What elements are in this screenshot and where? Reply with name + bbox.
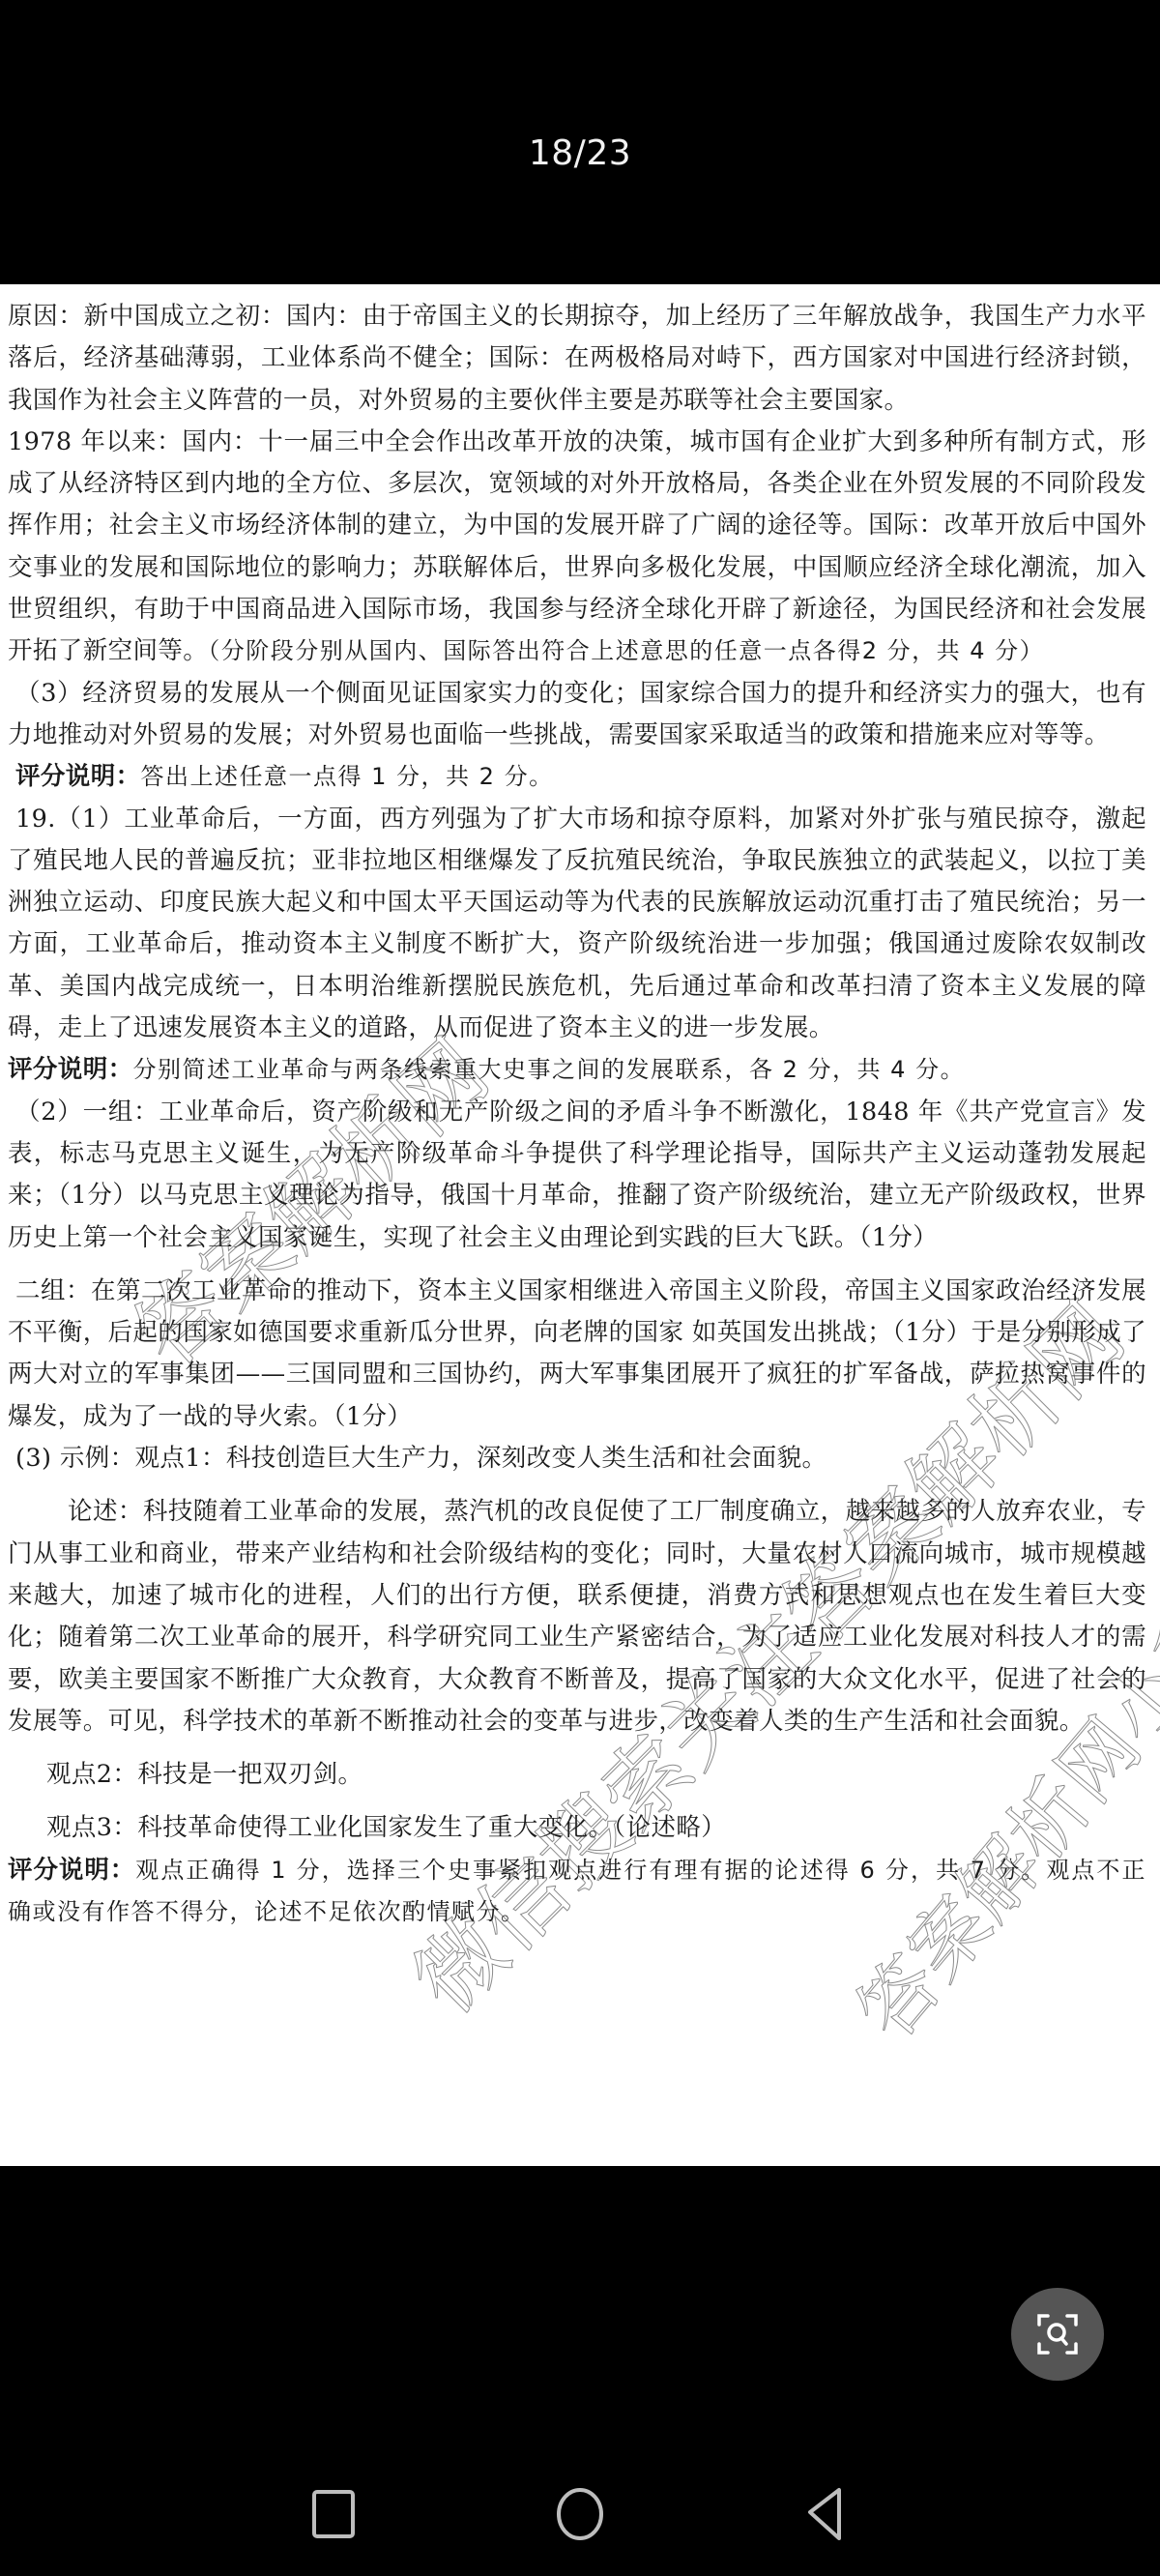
system-navigation-bar [0, 2475, 1160, 2576]
recents-button[interactable] [295, 2475, 372, 2553]
document-content: 原因：新中国成立之初：国内：由于帝国主义的长期掠夺，加上经历了三年解放战争，我国… [0, 284, 1160, 1933]
paragraph-reason-early: 原因：新中国成立之初：国内：由于帝国主义的长期掠夺，加上经历了三年解放战争，我国… [8, 296, 1146, 422]
image-search-button[interactable] [1011, 2288, 1104, 2381]
scoring-label: 评分说明： [8, 1055, 133, 1084]
viewer-top-bar: 18/23 [0, 0, 1160, 284]
square-recents-icon [309, 2487, 358, 2541]
scoring-label: 评分说明： [8, 1856, 135, 1885]
paragraph-reason-1978: 1978 年以来：国内：十一届三中全会作出改革开放的决策，城市国有企业扩大到多种… [8, 422, 1146, 673]
scoring-text: 答出上述任意一点得 1 分，共 2 分。 [141, 763, 554, 790]
document-page-image[interactable]: 原因：新中国成立之初：国内：由于帝国主义的长期掠夺，加上经历了三年解放战争，我国… [0, 284, 1160, 2166]
scoring-text: 观点正确得 1 分，选择三个史事紧扣观点进行有理有据的论述得 6 分，共 7 分… [8, 1857, 1146, 1925]
paragraph-q19-1: 19.（1）工业革命后，一方面，西方列强为了扩大市场和掠夺原料，加紧对外扩张与殖… [8, 799, 1146, 1050]
reason-1978-scoring: （分阶段分别从国内、国际答出符合上述意思的任意一点各得2 分，共 4 分） [208, 637, 1044, 664]
triangle-back-icon [802, 2485, 851, 2543]
paragraph-q19-3-argument: 论述：科技随着工业革命的发展，蒸汽机的改良促使了工厂制度确立，越来越多的人放弃农… [8, 1491, 1146, 1742]
paragraph-q18-3: （3）经济贸易的发展从一个侧面见证国家实力的变化；国家综合国力的提升和经济实力的… [8, 673, 1146, 757]
paragraph-q19-2-group2: 二组：在第二次工业革命的推动下，资本主义国家相继进入帝国主义阶段，帝国主义国家政… [8, 1271, 1146, 1438]
scoring-note-q18-3: 评分说明：答出上述任意一点得 1 分，共 2 分。 [8, 756, 1146, 798]
home-button[interactable] [541, 2475, 619, 2553]
reason-1978-text: 1978 年以来：国内：十一届三中全会作出改革开放的决策，城市国有企业扩大到多种… [8, 427, 1146, 665]
page-counter: 18/23 [0, 133, 1160, 173]
paragraph-q19-3-view2: 观点2：科技是一把双刃剑。 [8, 1754, 1146, 1796]
circle-home-icon [553, 2485, 607, 2543]
scoring-text: 分别简述工业革命与两条线索重大史事之间的发展联系，各 2 分，共 4 分。 [133, 1056, 966, 1083]
back-button[interactable] [788, 2475, 865, 2553]
scoring-note-q19-1: 评分说明：分别简述工业革命与两条线索重大史事之间的发展联系，各 2 分，共 4 … [8, 1049, 1146, 1091]
paragraph-q19-3-view3: 观点3：科技革命使得工业化国家发生了重大变化。（论述略） [8, 1807, 1146, 1849]
paragraph-q19-2-group1: （2）一组：工业革命后，资产阶级和无产阶级之间的矛盾斗争不断激化，1848 年《… [8, 1092, 1146, 1259]
scan-search-icon [1035, 2312, 1080, 2356]
scoring-note-q19-3: 评分说明：观点正确得 1 分，选择三个史事紧扣观点进行有理有据的论述得 6 分，… [8, 1850, 1146, 1934]
paragraph-q19-3-view1: (3) 示例：观点1：科技创造巨大生产力，深刻改变人类生活和社会面貌。 [8, 1438, 1146, 1479]
scoring-label: 评分说明： [15, 762, 141, 791]
